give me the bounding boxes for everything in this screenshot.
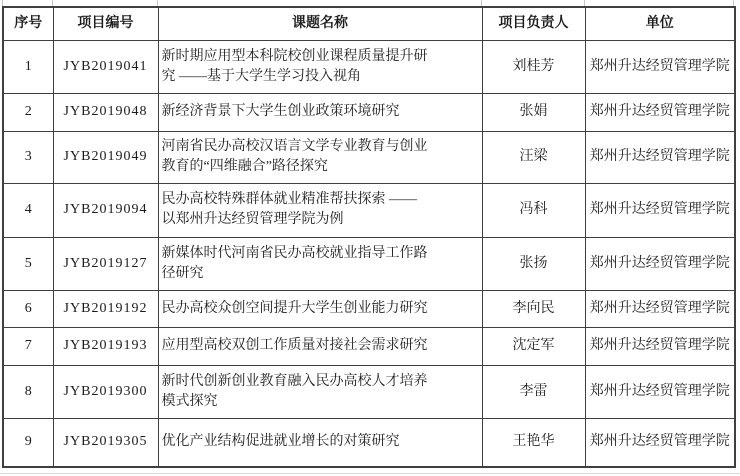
cell-topic-title: 新经济背景下大学生创业政策环境研究: [158, 93, 482, 131]
cell-topic-title: 新时期应用型本科院校创业课程质量提升研 究 ——基于大学生学习投入视角: [158, 40, 482, 93]
cell-index: 8: [3, 365, 53, 418]
cell-index: 1: [3, 40, 53, 93]
cell-project-code: JYB2019305: [53, 418, 158, 467]
cell-project-code: JYB2019127: [53, 237, 158, 290]
cell-leader: 汪梁: [482, 131, 585, 183]
cell-leader: 李向民: [482, 290, 585, 327]
cell-unit: 郑州升达经贸管理学院: [585, 365, 735, 418]
table-row: 9 JYB2019305 优化产业结构促进就业增长的对策研究 王艳华 郑州升达经…: [3, 418, 735, 467]
header-row: 序号 项目编号 课题名称 项目负责人 单位: [3, 7, 735, 40]
table-row: 2 JYB2019048 新经济背景下大学生创业政策环境研究 张娟 郑州升达经贸…: [3, 93, 735, 131]
cell-leader: 沈定军: [482, 327, 585, 365]
table-row: 7 JYB2019193 应用型高校双创工作质量对接社会需求研究 沈定军 郑州升…: [3, 327, 735, 365]
cell-unit: 郑州升达经贸管理学院: [585, 290, 735, 327]
cell-leader: 刘桂芳: [482, 40, 585, 93]
table-row: 6 JYB2019192 民办高校众创空间提升大学生创业能力研究 李向民 郑州升…: [3, 290, 735, 327]
cell-project-code: JYB2019193: [53, 327, 158, 365]
cell-leader: 冯科: [482, 183, 585, 237]
header-cell-unit: 单位: [585, 7, 735, 40]
cell-topic-title: 河南省民办高校汉语言文学专业教育与创业 教育的“四维融合”路径探究: [158, 131, 482, 183]
cell-unit: 郑州升达经贸管理学院: [585, 40, 735, 93]
cell-project-code: JYB2019041: [53, 40, 158, 93]
cell-unit: 郑州升达经贸管理学院: [585, 183, 735, 237]
cell-leader: 张扬: [482, 237, 585, 290]
cell-index: 5: [3, 237, 53, 290]
table-body: 1 JYB2019041 新时期应用型本科院校创业课程质量提升研 究 ——基于大…: [3, 40, 735, 467]
cell-unit: 郑州升达经贸管理学院: [585, 418, 735, 467]
header-cell-topic-title: 课题名称: [158, 7, 482, 40]
table-row: 8 JYB2019300 新时代创新创业教育融入民办高校人才培养 模式探究 李雷…: [3, 365, 735, 418]
cell-topic-title: 优化产业结构促进就业增长的对策研究: [158, 418, 482, 467]
cell-topic-title: 应用型高校双创工作质量对接社会需求研究: [158, 327, 482, 365]
cell-topic-title: 民办高校众创空间提升大学生创业能力研究: [158, 290, 482, 327]
cell-index: 9: [3, 418, 53, 467]
cell-project-code: JYB2019048: [53, 93, 158, 131]
table-row: 5 JYB2019127 新媒体时代河南省民办高校就业指导工作路 径研究 张扬 …: [3, 237, 735, 290]
cell-topic-title: 新时代创新创业教育融入民办高校人才培养 模式探究: [158, 365, 482, 418]
document-page: 序号 项目编号 课题名称 项目负责人 单位 1 JYB2019041 新时期应用…: [0, 0, 740, 476]
header-cell-leader: 项目负责人: [482, 7, 585, 40]
cell-leader: 王艳华: [482, 418, 585, 467]
table-row: 1 JYB2019041 新时期应用型本科院校创业课程质量提升研 究 ——基于大…: [3, 40, 735, 93]
table-row: 4 JYB2019094 民办高校特殊群体就业精准帮扶探索 —— 以郑州升达经贸…: [3, 183, 735, 237]
cell-index: 7: [3, 327, 53, 365]
cell-project-code: JYB2019192: [53, 290, 158, 327]
cell-topic-title: 新媒体时代河南省民办高校就业指导工作路 径研究: [158, 237, 482, 290]
table-row: 3 JYB2019049 河南省民办高校汉语言文学专业教育与创业 教育的“四维融…: [3, 131, 735, 183]
cell-topic-title: 民办高校特殊群体就业精准帮扶探索 —— 以郑州升达经贸管理学院为例: [158, 183, 482, 237]
header-cell-index: 序号: [3, 7, 53, 40]
cell-index: 6: [3, 290, 53, 327]
header-cell-project-code: 项目编号: [53, 7, 158, 40]
cell-project-code: JYB2019049: [53, 131, 158, 183]
cell-unit: 郑州升达经贸管理学院: [585, 93, 735, 131]
cell-leader: 张娟: [482, 93, 585, 131]
cropped-gridline-bottom: [0, 473, 740, 474]
cell-unit: 郑州升达经贸管理学院: [585, 237, 735, 290]
cell-leader: 李雷: [482, 365, 585, 418]
cell-unit: 郑州升达经贸管理学院: [585, 327, 735, 365]
cell-unit: 郑州升达经贸管理学院: [585, 131, 735, 183]
projects-table: 序号 项目编号 课题名称 项目负责人 单位 1 JYB2019041 新时期应用…: [2, 6, 736, 468]
cell-index: 4: [3, 183, 53, 237]
cell-project-code: JYB2019094: [53, 183, 158, 237]
cell-index: 2: [3, 93, 53, 131]
cell-project-code: JYB2019300: [53, 365, 158, 418]
cell-index: 3: [3, 131, 53, 183]
